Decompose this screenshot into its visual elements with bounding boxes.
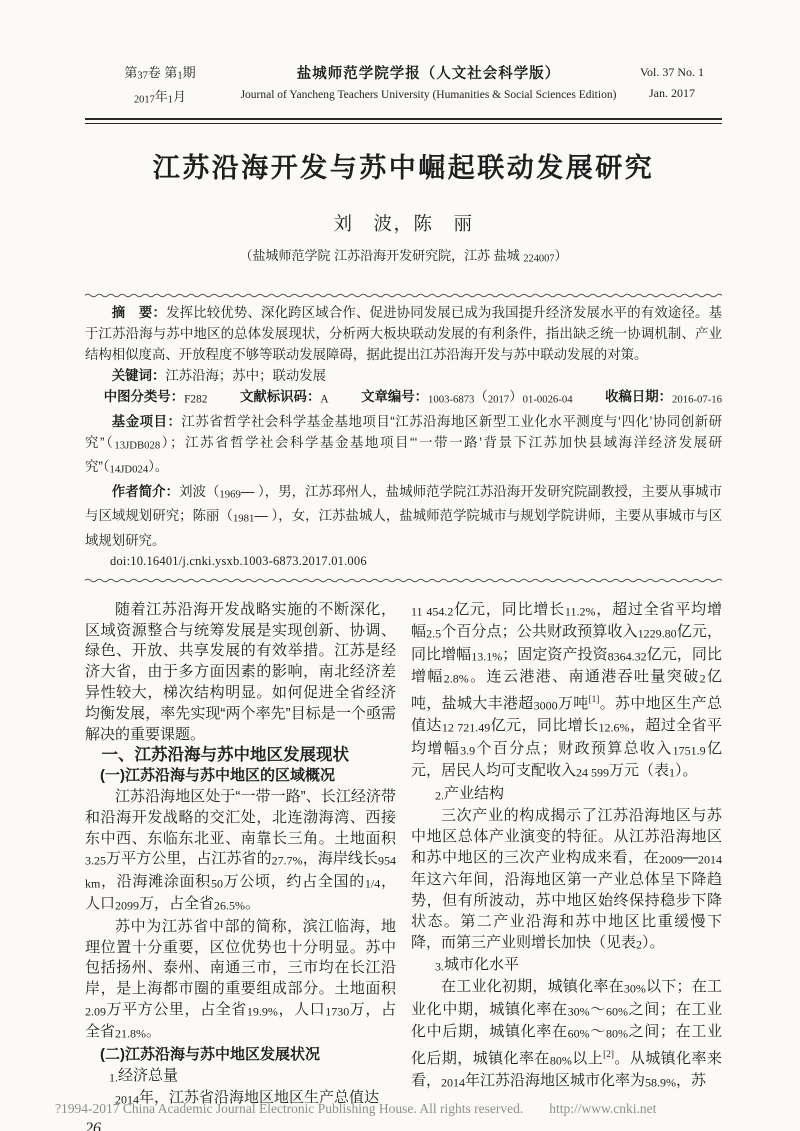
header-divider-rule [85,118,722,124]
paragraph-industry-structure: 三次产业的构成揭示了江苏沿海地区与苏中地区总体产业演变的特征。从江苏沿海地区和苏… [411,806,722,955]
paragraph-urbanization: 在工业化初期，城镇化率在30%以下；在工业化中期，城镇化率在30%～60%之间；… [411,977,722,1093]
issue-date-cn: 2017年1月 [85,86,235,110]
paragraph-gdp-continued: 11 454.2亿元，同比增长11.2%，超过全省平均增幅2.5个百分点；公共财… [411,600,722,784]
article-meta: 摘 要：发挥比较优势、深化跨区域合作、促进协同发展已成为我国提升经济发展水平的有… [85,302,722,572]
journal-name-block: 盐城师范学院学报（人文社会科学版） Journal of Yancheng Te… [235,62,622,101]
bio-text: 刘波（1969— ），男，江苏邳州人，盐城师范学院江苏沿海开发研究院副教授，主要… [85,484,722,548]
abstract-label: 摘 要： [112,305,166,320]
fund-project: 基金项目：江苏省哲学社会科学基金基地项目“江苏沿海地区新型工业化水平测度与‘四化… [85,411,722,481]
volume-issue-block-cn: 第37卷 第1期 2017年1月 [85,62,235,111]
footer-copyright: ?1994-2017 China Academic Journal Electr… [55,1101,523,1116]
abstract-text: 发挥比较优势、深化跨区域合作、促进协同发展已成为我国提升经济发展水平的有效途径。… [85,305,722,362]
footer-url: http://www.cnki.net [549,1101,656,1116]
subsubsection-heading-urbanization: 3.城市化水平 [411,955,722,977]
fund-text: 江苏省哲学社会科学基金基地项目“江苏沿海地区新型工业化水平测度与‘四化’协同创新… [85,414,722,475]
fund-label: 基金项目： [112,414,182,429]
volume-issue-en: Vol. 37 No. 1 [622,62,722,83]
article-affiliation: （盐城师范学院 江苏沿海开发研究院，江苏 盐城 224007） [85,245,722,264]
article-number: 文章编号：1003-6873（2017）01-0026-04 [361,386,572,411]
subsubsection-heading-industry: 2.产业结构 [411,784,722,806]
issue-date-en: Jan. 2017 [622,83,722,104]
paragraph-suzhong-overview: 苏中为江苏省中部的简称，滨江临海，地理位置十分重要，区位优势也十分明显。苏中包括… [85,917,396,1045]
journal-page: 第37卷 第1期 2017年1月 盐城师范学院学报（人文社会科学版） Journ… [0,0,800,1131]
keywords-label: 关键词： [112,368,166,383]
journal-header: 第37卷 第1期 2017年1月 盐城师范学院学报（人文社会科学版） Journ… [85,62,722,111]
footer: ?1994-2017 China Academic Journal Electr… [55,1101,770,1117]
body-columns: 随着江苏沿海开发战略实施的不断深化，区域资源整合与统筹发展是实现创新、协调、绿色… [85,600,722,1111]
received-date: 收稿日期：2016-07-16 [605,386,722,411]
keywords-text: 江苏沿海；苏中；联动发展 [165,368,326,383]
subsubsection-heading-economy: 1.经济总量 [85,1066,396,1088]
author-bio: 作者简介：刘波（1969— ），男，江苏邳州人，盐城师范学院江苏沿海开发研究院副… [85,481,722,551]
volume-issue-cn: 第37卷 第1期 [85,62,235,86]
section-heading-1: 一、江苏沿海与苏中地区发展现状 [85,745,396,766]
subsection-heading-1-1: (一)江苏沿海与苏中地区的区域概况 [85,766,396,787]
page-content: 第37卷 第1期 2017年1月 盐城师范学院学报（人文社会科学版） Journ… [85,0,722,1131]
journal-name-en: Journal of Yancheng Teachers University … [235,89,622,101]
body-column-right: 11 454.2亿元，同比增长11.2%，超过全省平均增幅2.5个百分点；公共财… [411,600,722,1111]
wavy-divider-bottom [85,577,722,584]
journal-name-cn: 盐城师范学院学报（人文社会科学版） [235,62,622,83]
clc-number: 中图分类号：F282 [104,386,208,410]
article-authors: 刘 波，陈 丽 [85,210,722,236]
keywords: 关键词：江苏沿海；苏中；联动发展 [85,365,722,386]
subsection-heading-1-2: (二)江苏沿海与苏中地区发展状况 [85,1045,396,1066]
paragraph-intro: 随着江苏沿海开发战略实施的不断深化，区域资源整合与统筹发展是实现创新、协调、绿色… [85,600,396,746]
abstract: 摘 要：发挥比较优势、深化跨区域合作、促进协同发展已成为我国提升经济发展水平的有… [85,302,722,365]
document-code: 文献标识码：A [240,386,329,410]
body-column-left: 随着江苏沿海开发战略实施的不断深化，区域资源整合与统筹发展是实现创新、协调、绿色… [85,600,396,1111]
doi: doi:10.16401/j.cnki.ysxb.1003-6873.2017.… [85,551,722,572]
bio-label: 作者简介： [112,484,179,499]
volume-issue-block-en: Vol. 37 No. 1 Jan. 2017 [622,62,722,104]
classification-line: 中图分类号：F282 文献标识码：A 文章编号：1003-6873（2017）0… [85,386,722,411]
wavy-divider-top [85,292,722,299]
paragraph-coastal-overview: 江苏沿海地区处于“一带一路”、长江经济带和沿海开发战略的交汇处，北连渤海湾、西接… [85,787,396,917]
page-number: 26 [85,1120,722,1131]
article-title: 江苏沿海开发与苏中崛起联动发展研究 [85,146,722,185]
